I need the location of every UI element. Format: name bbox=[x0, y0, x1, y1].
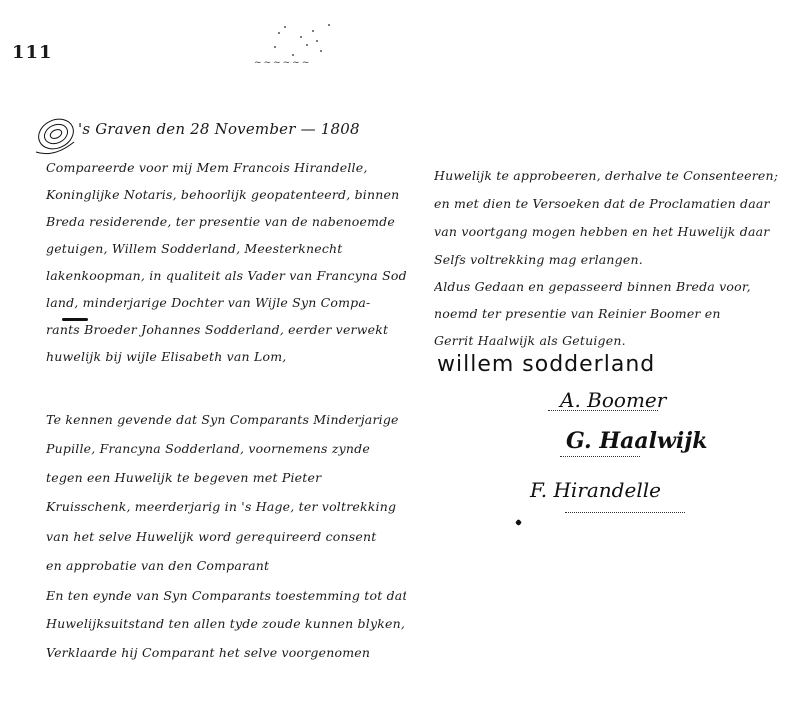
header-mark: ~~~~~~ bbox=[254, 58, 311, 68]
signature-principal: willem sodderland bbox=[437, 352, 655, 377]
folio-number: 111 bbox=[12, 42, 53, 63]
signature-flourish bbox=[565, 512, 685, 513]
text-line: Gerrit Haalwijk als Getuigen. bbox=[434, 333, 796, 348]
text-line: Breda residerende, ter presentie van de … bbox=[46, 214, 406, 229]
text-line: getuigen, Willem Sodderland, Meesterknec… bbox=[46, 241, 406, 256]
text-line: Kruisschenk, meerderjarig in 's Hage, te… bbox=[46, 499, 406, 514]
ink-blot bbox=[515, 519, 522, 526]
text-line: land, minderjarige Dochter van Wijle Syn… bbox=[46, 295, 406, 310]
faded-stamp bbox=[270, 22, 340, 62]
text-line: En ten eynde van Syn Comparants toestemm… bbox=[46, 588, 406, 603]
signature-flourish bbox=[548, 410, 658, 411]
text-line: Verklaarde hij Comparant het selve voorg… bbox=[46, 645, 406, 660]
text-line: en approbatie van den Comparant bbox=[46, 558, 406, 573]
text-line: Huwelijk te approbeeren, derhalve te Con… bbox=[434, 168, 796, 183]
text-line: Huwelijksuitstand ten allen tyde zoude k… bbox=[46, 616, 406, 631]
text-line: van het selve Huwelijk word gerequireerd… bbox=[46, 529, 406, 544]
signature-notary: F. Hirandelle bbox=[530, 478, 661, 502]
text-line: Selfs voltrekking mag erlangen. bbox=[434, 252, 796, 267]
text-line: tegen een Huwelijk te begeven met Pieter bbox=[46, 470, 406, 485]
text-line: en met dien te Versoeken dat de Proclama… bbox=[434, 196, 796, 211]
signature-witness-1: A. Boomer bbox=[560, 388, 666, 412]
text-line: Pupille, Francyna Sodderland, voornemens… bbox=[46, 441, 406, 456]
text-line: rants Broeder Johannes Sodderland, eerde… bbox=[46, 322, 406, 337]
text-line: lakenkoopman, in qualiteit als Vader van… bbox=[46, 268, 406, 283]
document-page: 111 ~~~~~~ 's Graven den 28 November — 1… bbox=[0, 0, 800, 720]
text-line: van voortgang mogen hebben en het Huweli… bbox=[434, 224, 796, 239]
text-line: Koninglijke Notaris, behoorlijk geopaten… bbox=[46, 187, 406, 202]
ink-underline bbox=[62, 318, 88, 321]
signature-witness-2: G. Haalwijk bbox=[566, 428, 707, 454]
signature-flourish bbox=[560, 456, 640, 457]
text-line: Aldus Gedaan en gepasseerd binnen Breda … bbox=[434, 279, 796, 294]
text-line: huwelijk bij wijle Elisabeth van Lom, bbox=[46, 349, 406, 364]
text-line: Te kennen gevende dat Syn Comparants Min… bbox=[46, 412, 406, 427]
text-line: Compareerde voor mij Mem Francois Hirand… bbox=[46, 160, 406, 175]
paraph-flourish-icon bbox=[34, 112, 84, 160]
date-line: 's Graven den 28 November — 1808 bbox=[78, 120, 360, 138]
text-line: noemd ter presentie van Reinier Boomer e… bbox=[434, 306, 796, 321]
